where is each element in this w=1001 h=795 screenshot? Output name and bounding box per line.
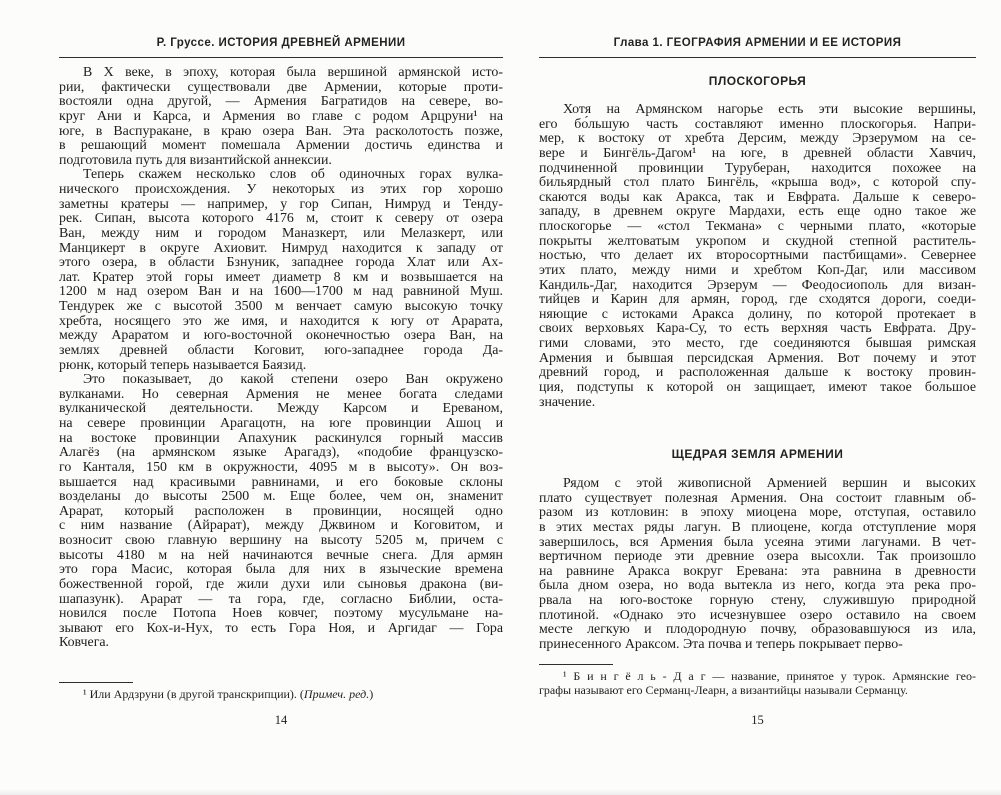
footnote-text: ) xyxy=(369,687,373,701)
paragraph: Хотя на Армянском нагорье есть эти высок… xyxy=(539,103,976,410)
left-page-body: В X веке, в эпоху, которая была вершиной… xyxy=(59,66,503,651)
text-line: Манцикерт в округе Ахиовит. Нимруд наход… xyxy=(59,242,503,257)
text-line: его бо́льшую часть составляют именно пло… xyxy=(539,118,976,133)
text-line: хребта, носящего это же имя, и находится… xyxy=(59,315,503,330)
text-line: Алагёз (на армянском языке Арагадз), «по… xyxy=(59,446,503,461)
text-line: Кандиль-Даг, находится Эрзерум — Феодоси… xyxy=(539,279,976,294)
text-line: рии, фактически существовали две Армении… xyxy=(59,81,503,96)
text-line: вертичном периоде эти древние озера высо… xyxy=(539,550,976,565)
text-line: была дном озера, но вода вытекла из него… xyxy=(539,579,976,594)
text-line: рек. Сипан, высота которого 4176 м, стои… xyxy=(59,212,503,227)
paragraph: Теперь скажем несколько слов об одиночны… xyxy=(59,168,503,373)
text-line: зывают его Кох-и-Нух, то есть Гора Ноя, … xyxy=(59,622,503,637)
text-line: го Канталя, 150 км в окружности, 4095 м … xyxy=(59,461,503,476)
text-line: вулканами. Но северная Армения не менее … xyxy=(59,388,503,403)
text-line: Ван, между ним и городом Маназкерт, или … xyxy=(59,227,503,242)
header-rule xyxy=(59,57,503,58)
right-page: Глава 1. ГЕОГРАФИЯ АРМЕНИИ И ЕЕ ИСТОРИЯ … xyxy=(539,0,976,795)
page-number-right: 15 xyxy=(539,713,976,728)
text-line: вышается над красивыми равнинами, и его … xyxy=(59,476,503,491)
text-line: своих верховьях Кара-Су, то есть верхняя… xyxy=(539,322,976,337)
text-line: на равнине Аракса вокруг Еревана: эта ра… xyxy=(539,565,976,580)
text-line: западу, в древнем округе Мардахи, есть е… xyxy=(539,205,976,220)
header-rule xyxy=(539,57,976,58)
section-heading-plateaus: ПЛОСКОГОРЬЯ xyxy=(539,74,976,88)
text-line: Ковчега. xyxy=(59,636,503,651)
text-line: подчиненной провинции Туруберан, находит… xyxy=(539,162,976,177)
text-line: востояли одна другой, — Армения Багратид… xyxy=(59,95,503,110)
text-line: тийцев и Карин для армян, город, где схо… xyxy=(539,293,976,308)
footnote-italic-note: Примеч. ред. xyxy=(304,687,369,701)
text-line: вулканической деятельности. Между Карсом… xyxy=(59,402,503,417)
text-line: лат. Кратер этой горы имеет диаметр 8 км… xyxy=(59,271,503,286)
text-line: плотиной. «Однако это исчезнувшее озеро … xyxy=(539,609,976,624)
text-line: заметны кратеры — например, у гор Сипан,… xyxy=(59,198,503,213)
text-line: на востоке провинции Апахуник раскинулся… xyxy=(59,432,503,447)
text-line: значение. xyxy=(539,396,976,411)
text-line: няющие с истоками Аракса долину, по кото… xyxy=(539,308,976,323)
text-line: с ним название (Айрарат), между Джвином … xyxy=(59,519,503,534)
text-line: плато существует полезная Армения. Она с… xyxy=(539,492,976,507)
text-line: в этих местах ряды лагун. В плиоцене, ко… xyxy=(539,521,976,536)
text-line: Это показывает, до какой степени озеро В… xyxy=(59,373,503,388)
text-line: ция, подступы к которой он защищает, име… xyxy=(539,381,976,396)
page-number-left: 14 xyxy=(59,713,503,728)
text-line: подготовила путь для византийской аннекс… xyxy=(59,154,503,169)
text-line: Рядом с этой живописной Арменией вершин … xyxy=(539,477,976,492)
text-line: мер, к востоку от хребта Дерсим, между Э… xyxy=(539,132,976,147)
text-line: ностью, что делает их второсортными паст… xyxy=(539,249,976,264)
text-line: шапазунк). Арарат — та гора, где, соглас… xyxy=(59,593,503,608)
text-line: разом из котловин: в эпоху миоцена море,… xyxy=(539,506,976,521)
text-line: нического происхождения. У некоторых из … xyxy=(59,183,503,198)
text-line: вере и Бингёль-Дагом¹ на юге, в древней … xyxy=(539,147,976,162)
footnote: ¹ Б и н г ё л ь - Д а г — название, прин… xyxy=(539,670,976,698)
paragraph: Рядом с этой живописной Арменией вершин … xyxy=(539,477,976,653)
footnote-rule xyxy=(59,682,133,683)
text-line: в решающий момент помешала Армении дости… xyxy=(59,139,503,154)
right-page-body-section2: Рядом с этой живописной Арменией вершин … xyxy=(539,477,976,653)
text-line: В X веке, в эпоху, которая была вершиной… xyxy=(59,66,503,81)
text-line: месте легкую и плодородную почву, образо… xyxy=(539,623,976,638)
text-line: графы называют его Серманц-Леарн, а виза… xyxy=(539,684,976,698)
text-line: Хотя на Армянском нагорье есть эти высок… xyxy=(539,103,976,118)
text-line: Теперь скажем несколько слов об одиночны… xyxy=(59,168,503,183)
text-line: этих плато, между ними и хребтом Коп-Даг… xyxy=(539,264,976,279)
text-line: древний город, и расположенная дальше к … xyxy=(539,366,976,381)
text-line: Тендурек же с высотой 3500 м венчает сам… xyxy=(59,300,503,315)
text-line: принесенного Араксом. Эта почва и теперь… xyxy=(539,638,976,653)
text-line: рвала на юго-востоке горную стену, служи… xyxy=(539,594,976,609)
footnote-rule xyxy=(539,664,613,665)
text-line: этого озера, в области Бзнуник, западнее… xyxy=(59,256,503,271)
paragraph: В X веке, в эпоху, которая была вершиной… xyxy=(59,66,503,168)
book-spread: Р. Груссе. ИСТОРИЯ ДРЕВНЕЙ АРМЕНИИ В X в… xyxy=(0,0,1001,795)
paragraph: Это показывает, до какой степени озеро В… xyxy=(59,373,503,651)
text-line: гими словами, это место, где соединяются… xyxy=(539,337,976,352)
text-line: землях древней области Коговит, юго-запа… xyxy=(59,344,503,359)
text-line: новился после Потопа Ноев ковчег, поэтом… xyxy=(59,607,503,622)
text-line: возделаны до высоты 2500 м. Еще более, ч… xyxy=(59,490,503,505)
text-line: круг Ани и Карса, и Армения во главе с р… xyxy=(59,110,503,125)
running-head-book-title: Р. Груссе. ИСТОРИЯ ДРЕВНЕЙ АРМЕНИИ xyxy=(59,37,503,49)
text-line: ¹ Б и н г ё л ь - Д а г — название, прин… xyxy=(539,670,976,684)
footnote: ¹ Или Ардзруни (в другой транскрипции). … xyxy=(59,688,503,702)
text-line: завершилось, вся Армения была усеяна эти… xyxy=(539,536,976,551)
text-line: высоты 4180 м на ней начинаются вечные с… xyxy=(59,549,503,564)
text-line: возносит свою главную вершину на высоту … xyxy=(59,534,503,549)
footnote-text: ¹ Или Ардзруни (в другой транскрипции). … xyxy=(83,687,304,701)
text-line: между Араратом и юго-восточной оконечнос… xyxy=(59,329,503,344)
text-line: это гора Масис, которая была для них в я… xyxy=(59,563,503,578)
text-line: Армения и бывшая персидская Армения. Вот… xyxy=(539,352,976,367)
text-line: на севере провинции Арагацотн, на юге пр… xyxy=(59,417,503,432)
text-line: скаются воды как Аракса, так и Евфрата. … xyxy=(539,191,976,206)
text-line: юге, в Васпуракане, в краю озера Ван. Эт… xyxy=(59,125,503,140)
text-line: покрыты желтоватым укропом и скудной сте… xyxy=(539,235,976,250)
running-head-chapter-title: Глава 1. ГЕОГРАФИЯ АРМЕНИИ И ЕЕ ИСТОРИЯ xyxy=(539,37,976,49)
scan-shadow xyxy=(0,789,1001,795)
left-page: Р. Груссе. ИСТОРИЯ ДРЕВНЕЙ АРМЕНИИ В X в… xyxy=(59,0,503,795)
right-page-body-section1: Хотя на Армянском нагорье есть эти высок… xyxy=(539,103,976,410)
text-line: бильярдный стол плато Бингёль, «крыша во… xyxy=(539,176,976,191)
text-line: Арарат, который расположен в провинции, … xyxy=(59,505,503,520)
section-heading-generous-land: ЩЕДРАЯ ЗЕМЛЯ АРМЕНИИ xyxy=(539,447,976,461)
text-line: рюнк, который теперь называется Баязид. xyxy=(59,359,503,374)
text-line: 1200 м над озером Ван и на 1600—1700 м н… xyxy=(59,285,503,300)
text-line: плоскогорье — «стол Текмана» с черными п… xyxy=(539,220,976,235)
text-line: божественной горой, где жили духи или сы… xyxy=(59,578,503,593)
